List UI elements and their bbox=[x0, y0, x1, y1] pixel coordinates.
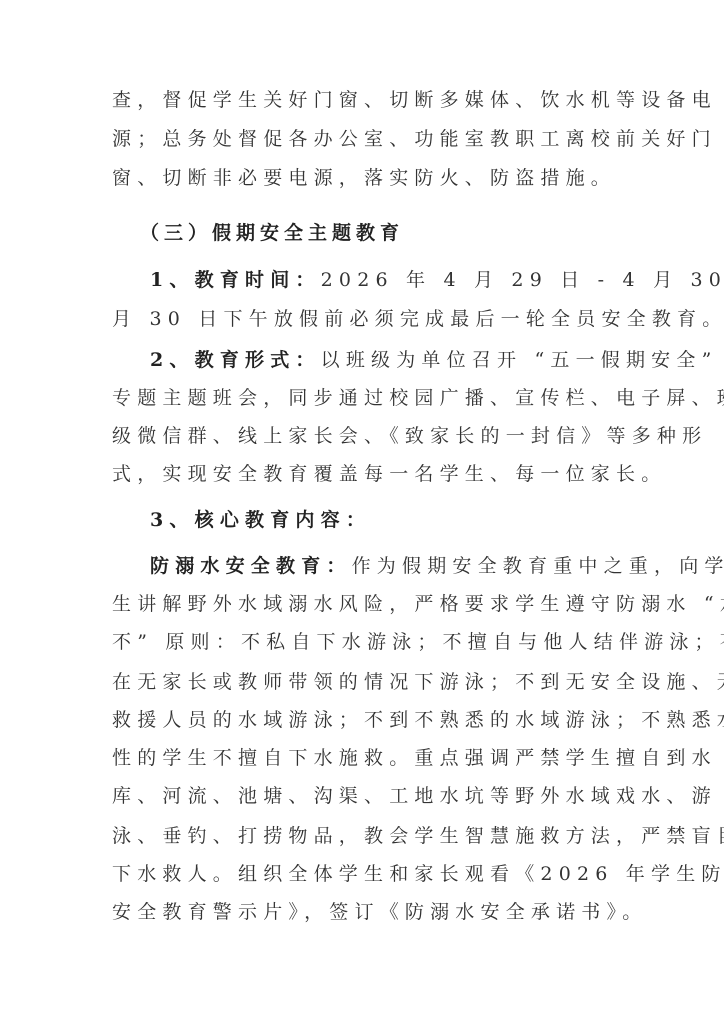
document-page: 查，督促学生关好门窗、切断多媒体、饮水机等设备电 源；总务处督促各办公室、功能室… bbox=[0, 0, 724, 1024]
drowning-text: 作为假期安全教育重中之重，向学 bbox=[352, 555, 724, 577]
paragraph-line: 专题主题班会，同步通过校园广播、宣传栏、电子屏、班 bbox=[112, 386, 614, 410]
drowning-line: 防溺水安全教育：作为假期安全教育重中之重，向学 bbox=[150, 554, 614, 578]
item-2-text: 以班级为单位召开 “五一假期安全” bbox=[321, 349, 718, 371]
paragraph-line: 生讲解野外水域溺水风险，严格要求学生遵守防溺水 “六 bbox=[112, 592, 614, 616]
paragraph-line: 式，实现安全教育覆盖每一名学生、每一位家长。 bbox=[112, 462, 614, 486]
paragraph-line: 泳、垂钓、打捞物品，教会学生智慧施救方法，严禁盲目 bbox=[112, 824, 614, 848]
paragraph-line: 源；总务处督促各办公室、功能室教职工离校前关好门 bbox=[112, 127, 614, 151]
item-1-line: 1、教育时间：2026 年 4 月 29 日 - 4 月 30 日，4 bbox=[150, 268, 614, 292]
paragraph-line: 在无家长或教师带领的情况下游泳；不到无安全设施、无 bbox=[112, 670, 614, 694]
paragraph-line: 窗、切断非必要电源，落实防火、防盗措施。 bbox=[112, 166, 614, 190]
paragraph-line: 下水救人。组织全体学生和家长观看《2026 年学生防溺水 bbox=[112, 862, 614, 886]
paragraph-line: 库、河流、池塘、沟渠、工地水坑等野外水域戏水、游 bbox=[112, 784, 614, 808]
item-1-text: 2026 年 4 月 29 日 - 4 月 30 日，4 bbox=[321, 269, 724, 291]
paragraph-line: 不” 原则：不私自下水游泳；不擅自与他人结伴游泳；不 bbox=[112, 630, 614, 654]
paragraph-line: 安全教育警示片》，签订《防溺水安全承诺书》。 bbox=[112, 900, 614, 924]
paragraph-line: 月 30 日下午放假前必须完成最后一轮全员安全教育。 bbox=[112, 307, 614, 331]
item-3-label: 3、核心教育内容： bbox=[150, 508, 614, 532]
section-heading: （三）假期安全主题教育 bbox=[140, 221, 604, 245]
paragraph-line: 救援人员的水域游泳；不到不熟悉的水域游泳；不熟悉水 bbox=[112, 708, 614, 732]
drowning-label: 防溺水安全教育： bbox=[150, 555, 352, 577]
paragraph-line: 性的学生不擅自下水施救。重点强调严禁学生擅自到水 bbox=[112, 746, 614, 770]
paragraph-line: 级微信群、线上家长会、《致家长的一封信》等多种形 bbox=[112, 424, 614, 448]
paragraph-line: 查，督促学生关好门窗、切断多媒体、饮水机等设备电 bbox=[112, 88, 614, 112]
item-1-label: 1、教育时间： bbox=[150, 269, 321, 291]
item-2-line: 2、教育形式：以班级为单位召开 “五一假期安全” bbox=[150, 348, 614, 372]
item-2-label: 2、教育形式： bbox=[150, 349, 321, 371]
